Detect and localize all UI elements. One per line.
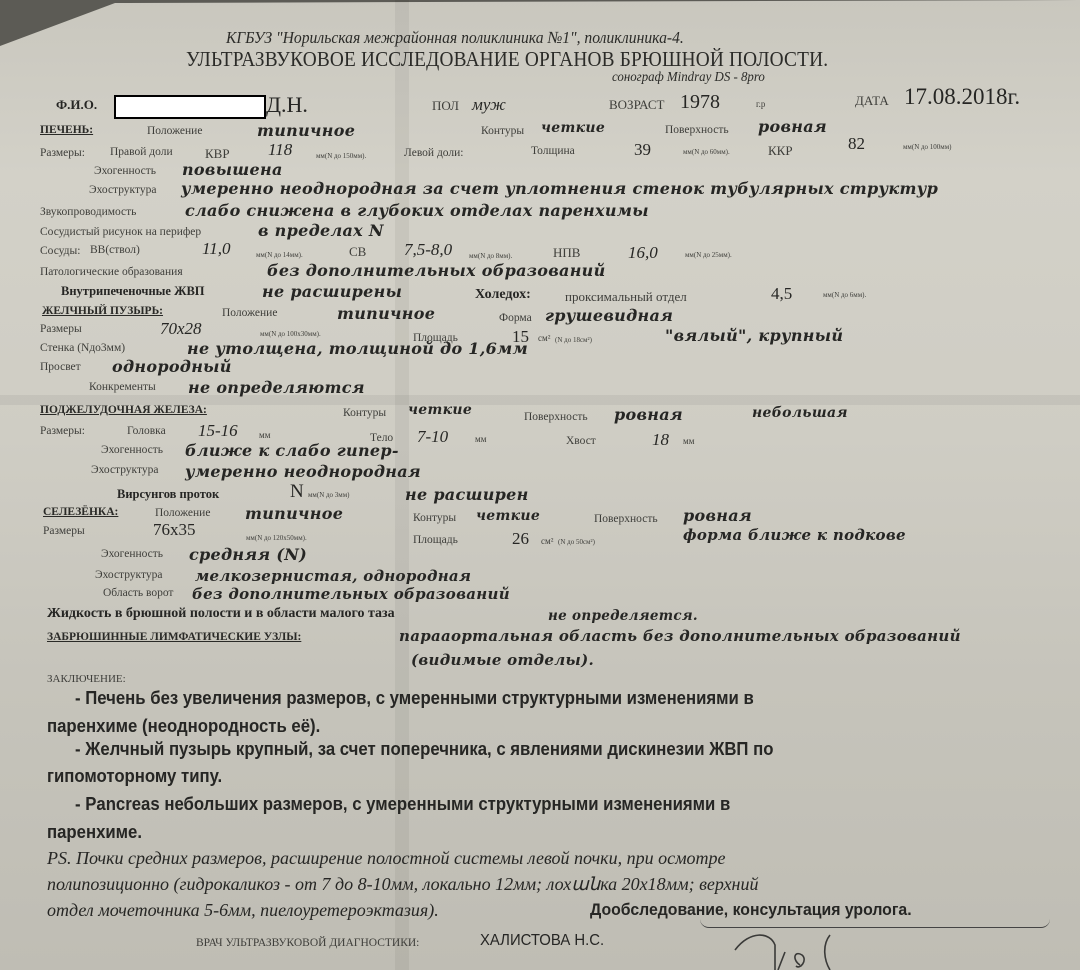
pancreas-tail-label: Хвост — [566, 435, 596, 447]
handwritten-underline — [700, 919, 1050, 928]
wirsung-duct-norm: мм(N до 3мм) — [308, 491, 350, 499]
conclusion-item-liver: - Печень без увеличения размеров, с умер… — [75, 688, 754, 709]
pancreas-contours-label: Контуры — [343, 407, 386, 419]
liver-vascular-value: в пределах N — [258, 221, 384, 240]
spleen-section-title: СЕЛЕЗЁНКА: — [43, 506, 118, 518]
gallbladder-section-title: ЖЕЛЧНЫЙ ПУЗЫРЬ: — [42, 305, 163, 317]
pancreas-echostructure-value: умеренно неоднородная — [185, 462, 421, 481]
gallbladder-sizes-norm: мм(N до 100x30мм). — [260, 330, 321, 338]
conclusion-item-pancreas-cont: паренхиме. — [47, 822, 142, 843]
lymph-nodes-value: парааортальная область без дополнительны… — [399, 627, 961, 645]
device-name: сонограф Mindray DS - 8pro — [612, 70, 765, 86]
spleen-echogenicity-value: средняя (N) — [189, 545, 307, 564]
gallbladder-wall-value: не утолщена, толщиной до 1,6мм — [187, 339, 528, 358]
spleen-echogenicity-label: Эхогенность — [101, 548, 163, 560]
liver-position-value: типичное — [257, 121, 355, 140]
date-label: ДАТА — [855, 93, 889, 109]
liver-kkr-norm: мм(N до 100мм) — [903, 143, 952, 151]
gallbladder-wall-label: Стенка (Nдо3мм) — [40, 342, 125, 354]
redacted-name — [114, 95, 266, 119]
age-unit: г.р — [756, 99, 765, 109]
exam-date: 17.08.2018г. — [904, 84, 1020, 110]
choledoch-part: проксимальный отдел — [565, 289, 687, 305]
conclusion-item-pancreas: - Pancreas небольших размеров, с умеренн… — [75, 794, 730, 815]
liver-sizes-label: Размеры: — [40, 147, 85, 159]
wirsung-duct-note: не расширен — [405, 485, 529, 504]
gallbladder-position-label: Положение — [222, 307, 277, 319]
liver-contours-value: четкие — [541, 120, 605, 136]
liver-kvr-value: 118 — [268, 140, 292, 160]
gallbladder-stones-value: не определяются — [188, 378, 365, 397]
gallbladder-sizes-label: Размеры — [40, 323, 82, 335]
pancreas-head-label: Головка — [127, 425, 166, 437]
choledoch-norm: мм(N до 6мм). — [823, 291, 866, 299]
ps-note-line2: полипозиционно (гидрокаликоз - от 7 до 8… — [47, 874, 758, 895]
liver-sv-norm: мм(N до 8мм). — [469, 252, 512, 260]
liver-npv-norm: мм(N до 25мм). — [685, 251, 732, 259]
ps-note-line1: PS. Почки средних размеров, расширение п… — [47, 848, 726, 869]
liver-left-lobe-label: Левой доли: — [404, 147, 464, 159]
gallbladder-lumen-value: однородный — [112, 357, 232, 376]
liver-ducts-label: Внутрипеченочные ЖВП — [61, 284, 205, 299]
liver-echostructure-label: Эхоструктура — [89, 184, 156, 196]
wirsung-duct-value: N — [290, 481, 304, 503]
spleen-surface-label: Поверхность — [594, 513, 658, 525]
liver-npv-label: НПВ — [553, 245, 580, 261]
pancreas-body-unit: мм — [475, 434, 486, 444]
spleen-contours-label: Контуры — [413, 512, 456, 524]
conclusion-label: ЗАКЛЮЧЕНИЕ: — [47, 673, 126, 685]
age-label: ВОЗРАСТ — [609, 97, 665, 113]
conclusion-item-gallbladder: - Желчный пузырь крупный, за счет попере… — [75, 739, 773, 760]
liver-pathology-label: Патологические образования — [40, 266, 183, 278]
spleen-area-unit: см² — [541, 536, 553, 546]
pancreas-echogenicity-label: Эхогенность — [101, 444, 163, 456]
pancreas-surface-label: Поверхность — [524, 411, 588, 423]
gallbladder-area-unit: см² — [538, 333, 550, 343]
liver-surface-label: Поверхность — [665, 124, 729, 136]
liver-kvr-norm: мм(N до 150мм). — [316, 152, 366, 160]
liver-surface-value: ровная — [758, 117, 827, 136]
sex-value: муж — [472, 95, 506, 115]
doctor-label: ВРАЧ УЛЬТРАЗВУКОВОЙ ДИАГНОСТИКИ: — [196, 937, 419, 949]
spleen-echostructure-label: Эхоструктура — [95, 569, 162, 581]
liver-thickness-label: Толщина — [531, 145, 575, 157]
lymph-nodes-label: ЗАБРЮШИННЫЕ ЛИМФАТИЧЕСКИЕ УЗЛЫ: — [47, 631, 301, 643]
pancreas-tail-value: 18 — [652, 430, 669, 450]
liver-contours-label: Контуры — [481, 125, 524, 137]
conclusion-item-gallbladder-cont: гипомоторному типу. — [47, 766, 222, 787]
liver-sv-label: СВ — [349, 244, 366, 260]
choledoch-label: Холедох: — [475, 287, 531, 303]
ps-note-line3: отдел мочеточника 5-6мм, пиелоуретероэкт… — [47, 900, 439, 921]
patient-initials: Д.Н. — [266, 92, 308, 118]
fio-label: Ф.И.О. — [56, 97, 97, 113]
pancreas-head-unit: мм — [259, 430, 270, 440]
spleen-shape-note: форма ближе к подкове — [683, 526, 906, 544]
liver-kkr-label: ККР — [768, 143, 793, 159]
liver-vessels-label: Сосуды: — [40, 245, 80, 257]
institution-name: КГБУЗ "Норильская межрайонная поликлиник… — [226, 28, 684, 48]
liver-echogenicity-label: Эхогенность — [94, 165, 156, 177]
liver-vv-norm: мм(N до 14мм). — [256, 251, 303, 259]
liver-kkr-value: 82 — [848, 134, 865, 154]
pancreas-echostructure-label: Эхоструктура — [91, 464, 158, 476]
urology-referral: Дообследование, консультация уролога. — [590, 900, 912, 920]
pancreas-tail-unit: мм — [683, 436, 694, 446]
lymph-nodes-value-cont: (видимые отделы). — [411, 651, 594, 669]
pancreas-contours-value: четкие — [408, 402, 472, 418]
liver-sv-value: 7,5-8,0 — [404, 240, 452, 260]
liver-echogenicity-value: повышена — [182, 160, 283, 179]
spleen-surface-value: ровная — [683, 506, 752, 525]
gallbladder-area-note: "вялый", крупный — [665, 326, 843, 345]
gallbladder-shape-label: Форма — [499, 312, 532, 324]
spleen-hilum-label: Область ворот — [103, 587, 173, 599]
liver-npv-value: 16,0 — [628, 243, 658, 263]
spleen-position-label: Положение — [155, 507, 210, 519]
gallbladder-area-norm: (N до 18см²) — [555, 336, 592, 344]
liver-ducts-value: не расширены — [262, 282, 402, 301]
gallbladder-stones-label: Конкременты — [89, 381, 156, 393]
spleen-sizes-value: 76x35 — [153, 520, 196, 540]
pancreas-section-title: ПОДЖЕЛУДОЧНАЯ ЖЕЛЕЗА: — [40, 404, 207, 416]
spleen-position-value: типичное — [245, 504, 343, 523]
spleen-area-value: 26 — [512, 529, 529, 549]
liver-right-lobe-label: Правой доли — [110, 146, 173, 158]
wirsung-duct-label: Вирсунгов проток — [117, 487, 219, 502]
spleen-echostructure-value: мелкозернистая, однородная — [195, 567, 471, 585]
liver-section-title: ПЕЧЕНЬ: — [40, 124, 93, 136]
gallbladder-sizes-value: 70x28 — [160, 319, 202, 339]
choledoch-value: 4,5 — [771, 284, 792, 304]
spleen-area-norm: (N до 50см²) — [558, 538, 595, 546]
spleen-hilum-value: без дополнительных образований — [192, 585, 510, 603]
pancreas-sizes-label: Размеры: — [40, 425, 85, 437]
liver-thickness-norm: мм(N до 60мм). — [683, 148, 730, 156]
conclusion-item-liver-cont: паренхиме (неоднородность её). — [47, 716, 320, 737]
liver-conductivity-value: слабо снижена в глубоких отделах паренхи… — [185, 201, 649, 220]
spleen-sizes-label: Размеры — [43, 525, 85, 537]
liver-pathology-value: без дополнительных образований — [267, 261, 606, 280]
pancreas-echogenicity-value: ближе к слабо гипер- — [185, 441, 399, 460]
fluid-value: не определяется. — [548, 608, 698, 624]
document-title: УЛЬТРАЗВУКОВОЕ ИССЛЕДОВАНИЕ ОРГАНОВ БРЮШ… — [186, 47, 828, 72]
signature-icon — [730, 930, 870, 970]
spleen-contours-value: четкие — [476, 508, 540, 524]
doctor-name: ХАЛИСТОВА Н.С. — [480, 932, 604, 950]
gallbladder-position-value: типичное — [337, 304, 435, 323]
liver-vv-label: ВВ(ствол) — [90, 244, 140, 256]
pancreas-size-note: небольшая — [752, 405, 848, 421]
gallbladder-lumen-label: Просвет — [40, 361, 81, 373]
gallbladder-shape-value: грушевидная — [545, 306, 673, 325]
pancreas-surface-value: ровная — [614, 405, 683, 424]
liver-thickness-value: 39 — [634, 140, 651, 160]
pancreas-body-value: 7-10 — [417, 427, 448, 447]
pancreas-head-value: 15-16 — [198, 421, 238, 441]
spleen-sizes-norm: мм(N до 120x50мм). — [246, 534, 307, 542]
liver-echostructure-value: умеренно неоднородная за счет уплотнения… — [181, 179, 938, 198]
liver-position-label: Положение — [147, 125, 202, 137]
fluid-label: Жидкость в брюшной полости и в области м… — [47, 606, 395, 622]
liver-vv-value: 11,0 — [202, 239, 231, 259]
sex-label: ПОЛ — [432, 98, 459, 114]
liver-conductivity-label: Звукопроводимость — [40, 206, 136, 218]
spleen-area-label: Площадь — [413, 534, 458, 546]
age-value: 1978 — [680, 91, 720, 114]
liver-vascular-label: Сосудистый рисунок на перифер — [40, 226, 201, 238]
